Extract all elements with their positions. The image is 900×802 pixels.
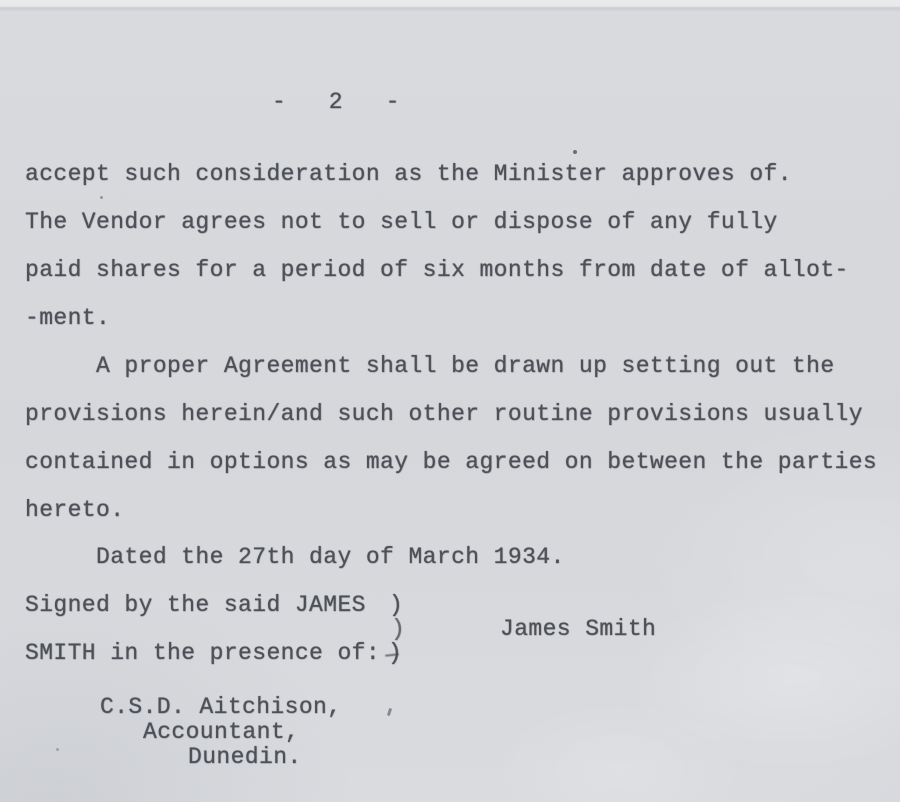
paragraph1-line4: -ment. (25, 306, 110, 331)
paragraph2-line4: hereto. (25, 498, 124, 523)
paragraph2-line1: A proper Agreement shall be drawn up set… (25, 354, 835, 379)
attestation-line2: SMITH in the presence of: (25, 641, 380, 666)
page-number: - 2 - (272, 90, 400, 115)
paragraph2-line2: provisions herein/and such other routine… (25, 402, 863, 427)
witness-place: Dunedin. (188, 745, 302, 770)
ink-speck (387, 708, 392, 717)
paragraph1-line2: The Vendor agrees not to sell or dispose… (25, 210, 778, 235)
paragraph1-line1: accept such consideration as the Ministe… (25, 162, 792, 187)
scanned-typewritten-page: - 2 - accept such consideration as the M… (0, 0, 900, 802)
brace-paren-2: ) (391, 617, 405, 642)
ink-speck (56, 748, 59, 751)
signatory-name: James Smith (500, 617, 656, 642)
witness-occupation: Accountant, (143, 720, 299, 745)
paragraph2-line3: contained in options as may be agreed on… (25, 450, 877, 475)
ink-speck (100, 196, 103, 199)
attestation-line1: Signed by the said JAMES (25, 593, 366, 618)
witness-name: C.S.D. Aitchison, (100, 695, 341, 720)
brace-paren-1: ) (389, 593, 403, 618)
brace-paren-3-struck: ) (388, 641, 402, 666)
ink-speck (573, 150, 577, 154)
paragraph1-line3: paid shares for a period of six months f… (25, 258, 849, 283)
dated-line: Dated the 27th day of March 1934. (25, 545, 565, 570)
